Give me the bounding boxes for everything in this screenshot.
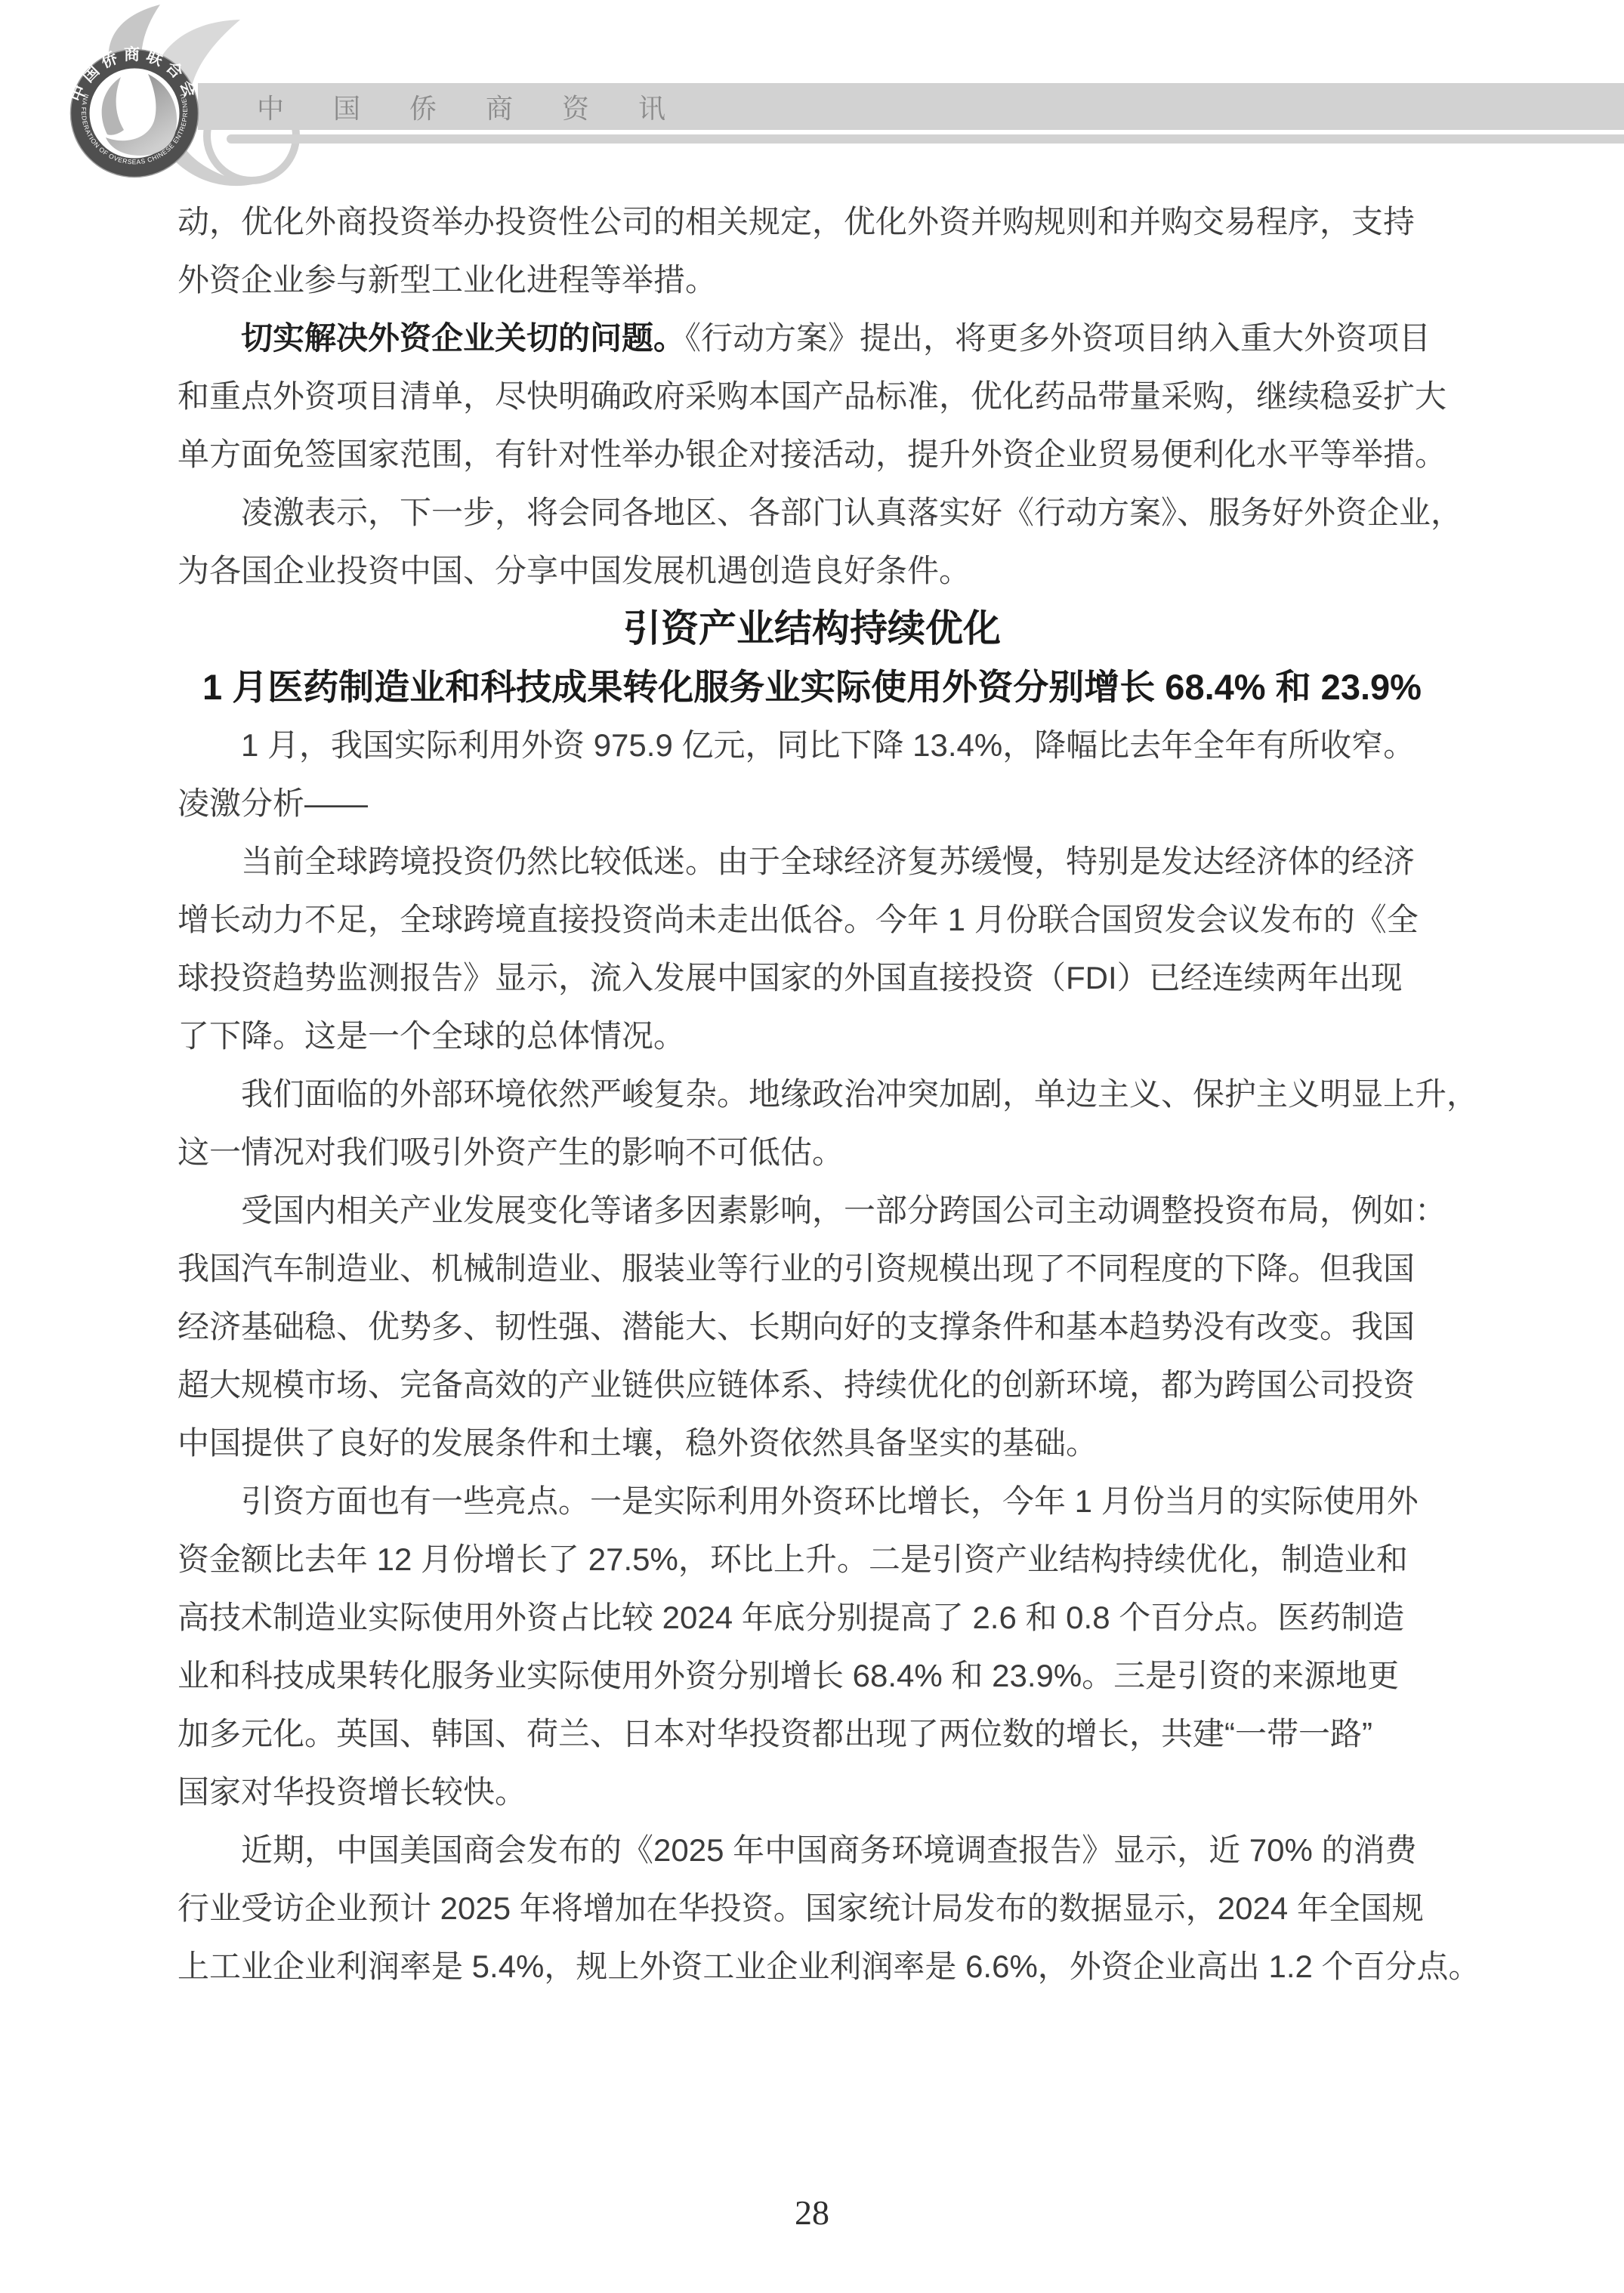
text-line: 经济基础稳、优势多、韧性强、潜能大、长期向好的支撑条件和基本趋势没有改变。我国 xyxy=(178,1298,1446,1356)
text-line: 超大规模市场、完备高效的产业链供应链体系、持续优化的创新环境，都为跨国公司投资 xyxy=(178,1356,1446,1414)
text-line: 上工业企业利润率是 5.4%，规上外资工业企业利润率是 6.6%，外资企业高出 … xyxy=(178,1937,1446,1995)
document-page: 中国侨商资讯 中国侨商联合会 CHINA FEDERATION OF OVERS… xyxy=(0,0,1624,2293)
text-line: 受国内相关产业发展变化等诸多因素影响，一部分跨国公司主动调整投资布局，例如： xyxy=(178,1181,1446,1239)
text-line: 了下降。这是一个全球的总体情况。 xyxy=(178,1007,1446,1065)
header-band-thin xyxy=(227,134,1624,144)
text-line: 单方面免签国家范围，有针对性举办银企对接活动，提升外资企业贸易便利化水平等举措。 xyxy=(178,425,1446,483)
text-line: 增长动力不足，全球跨境直接投资尚未走出低谷。今年 1 月份联合国贸发会议发布的《… xyxy=(178,890,1446,949)
text-line: 国家对华投资增长较快。 xyxy=(178,1763,1446,1821)
article-body: 动，优化外商投资举办投资性公司的相关规定，优化外资并购规则和并购交易程序，支持外… xyxy=(178,193,1446,1995)
banner-title: 中国侨商资讯 xyxy=(257,83,715,130)
text-line: 引资方面也有一些亮点。一是实际利用外资环比增长，今年 1 月份当月的实际使用外 xyxy=(178,1472,1446,1530)
text-line: 1 月，我国实际利用外资 975.9 亿元，同比下降 13.4%，降幅比去年全年… xyxy=(178,716,1446,774)
section-subheading: 1 月医药制造业和科技成果转化服务业实际使用外资分别增长 68.4% 和 23.… xyxy=(178,658,1446,716)
text-line: 业和科技成果转化服务业实际使用外资分别增长 68.4% 和 23.9%。三是引资… xyxy=(178,1646,1446,1705)
text-line: 凌激分析—— xyxy=(178,774,1446,832)
text-line: 和重点外资项目清单，尽快明确政府采购本国产品标准，优化药品带量采购，继续稳妥扩大 xyxy=(178,367,1446,425)
text-line: 加多元化。英国、韩国、荷兰、日本对华投资都出现了两位数的增长，共建“一带一路” xyxy=(178,1705,1446,1763)
text-line: 切实解决外资企业关切的问题。《行动方案》提出，将更多外资项目纳入重大外资项目 xyxy=(178,309,1446,367)
text-line: 当前全球跨境投资仍然比较低迷。由于全球经济复苏缓慢，特别是发达经济体的经济 xyxy=(178,832,1446,890)
text-line: 我国汽车制造业、机械制造业、服装业等行业的引资规模出现了不同程度的下降。但我国 xyxy=(178,1239,1446,1298)
section-heading: 引资产业结构持续优化 xyxy=(178,600,1446,658)
text-line: 高技术制造业实际使用外资占比较 2024 年底分别提高了 2.6 和 0.8 个… xyxy=(178,1588,1446,1646)
text-line: 这一情况对我们吸引外资产生的影响不可低估。 xyxy=(178,1123,1446,1181)
text-line: 凌激表示，下一步，将会同各地区、各部门认真落实好《行动方案》、服务好外资企业， xyxy=(178,483,1446,542)
text-line: 行业受访企业预计 2025 年将增加在华投资。国家统计局发布的数据显示，2024… xyxy=(178,1879,1446,1937)
text-line: 外资企业参与新型工业化进程等举措。 xyxy=(178,251,1446,309)
page-number: 28 xyxy=(0,2193,1624,2233)
text-line: 中国提供了良好的发展条件和土壤，稳外资依然具备坚实的基础。 xyxy=(178,1414,1446,1472)
text-line: 为各国企业投资中国、分享中国发展机遇创造良好条件。 xyxy=(178,542,1446,600)
text-line: 球投资趋势监测报告》显示，流入发展中国家的外国直接投资（FDI）已经连续两年出现 xyxy=(178,949,1446,1007)
org-logo-seal: 中国侨商联合会 CHINA FEDERATION OF OVERSEAS CHI… xyxy=(0,0,317,189)
text-line: 我们面临的外部环境依然严峻复杂。地缘政治冲突加剧，单边主义、保护主义明显上升， xyxy=(178,1065,1446,1123)
text-line: 动，优化外商投资举办投资性公司的相关规定，优化外资并购规则和并购交易程序，支持 xyxy=(178,193,1446,251)
text-line: 近期，中国美国商会发布的《2025 年中国商务环境调查报告》显示，近 70% 的… xyxy=(178,1821,1446,1879)
text-line: 资金额比去年 12 月份增长了 27.5%，环比上升。二是引资产业结构持续优化，… xyxy=(178,1530,1446,1588)
